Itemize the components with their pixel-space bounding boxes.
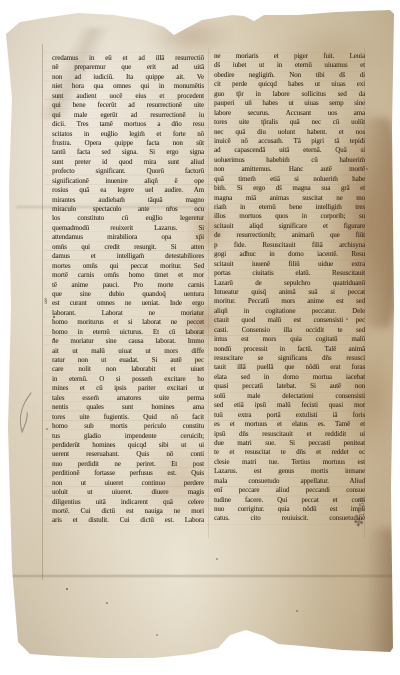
- text-line: nentis quales sunt homines ama: [52, 403, 204, 412]
- text-line: scitauit iuuenē filiū uidue extra: [214, 260, 365, 269]
- text-line: sunt preter id quod mira sunt aliud: [52, 158, 204, 167]
- text-line: mortes omn̄s qui peccat moritur. Sed: [52, 262, 204, 271]
- text-line: tales essem̄ amatores uite perma: [52, 394, 204, 403]
- text-line: casti. Consensio illa occidit te sed: [214, 326, 365, 335]
- text-line: elata sed in domo mortua iacebat: [214, 373, 365, 382]
- text-line: mirantes audiebam̄ tāquā magno: [52, 196, 204, 205]
- text-line: profecto significant. Quorū factorū: [52, 167, 204, 176]
- text-line: guo tp̄r in labore sollicitus sed da: [214, 90, 365, 99]
- text-line: damus et intelligam̄ detestabiliores: [52, 252, 204, 261]
- ruling-line-intercolumn: [208, 48, 209, 538]
- text-line: perditionē fortasse perfusus est. Quis: [52, 469, 204, 478]
- text-line: dicii. Tres tamē mortuos a dn̄o resu: [52, 120, 204, 129]
- text-line: bim̄. Si ergo ds̄ magna sua grā et: [214, 184, 365, 193]
- text-line: credamus in eū et ad illā resurrectiō: [52, 54, 204, 63]
- text-line: est curant omnes ne ueniat. Inde ergo: [52, 299, 204, 308]
- text-line: quasi peccatū latebat. Si autē non: [214, 382, 365, 391]
- text-line: qui bene fecerūt ad resurrectionē uite: [52, 101, 204, 110]
- text-line: qui male egerūt ad resurrectionē iu: [52, 111, 204, 120]
- pencil-doodle: [13, 389, 34, 439]
- text-line: aliqn̄ in cogitatione peccatur. Dele: [214, 307, 365, 316]
- pencil-inscription: 1550: [357, 483, 369, 517]
- text-line: enī peccare aliud peccandi consue: [214, 486, 365, 495]
- text-line: non amittemus. Hanc autē mortē: [214, 165, 365, 174]
- text-column-left: credamus in eū et ad illā resurrectiōnē …: [52, 54, 204, 526]
- text-line: illos mortuos quos in corporib; su: [214, 212, 365, 221]
- text-line: tē anime pauci. Pro morte carnis: [52, 281, 204, 290]
- text-line: uerent reseruabant. Quis nō conti: [52, 450, 204, 459]
- text-line: nondū processit in factū. Talē animā: [214, 345, 365, 354]
- text-line: non ut uiueret continuo perdere: [52, 479, 204, 488]
- text-line: los constituto cū euḡlio legeretur: [52, 214, 204, 223]
- text-line: p fide. Resuscitauit filiā archisyna: [214, 241, 365, 250]
- text-line: resuscitare se significans dn̄s resusci: [214, 354, 365, 363]
- text-line: quemadmodū reuixerit Lazarus. Si: [52, 224, 204, 233]
- text-line: labore securus. Accusant uos ama: [214, 109, 365, 118]
- text-column-right: ne moriaris et piger fuit. Leuiads̄ iube…: [214, 52, 365, 524]
- text-line: niet hora qua omnes qui in monumētis: [52, 82, 204, 91]
- text-line: catus. cito reuiuiscit. consuetudine: [214, 514, 365, 523]
- text-line: perdiderūt homines quicqd sibi ut ui: [52, 441, 204, 450]
- text-line: homo in eternū uicturus. Et cū laborat: [52, 328, 204, 337]
- text-line: solū male delectationi consensisti: [214, 392, 365, 401]
- text-line: riam̄ in eternū bene intelligim̄ tres: [214, 203, 365, 212]
- text-line: non ad iudiciū. Ita quippe ait. Ve: [52, 73, 204, 82]
- text-line: ctauit quod malū est consensisti pec: [214, 316, 365, 325]
- text-line: laborant. Laborat ne moriatur: [52, 309, 204, 318]
- text-line: in eternū. O si possem̄ excitare ho: [52, 375, 204, 384]
- text-line: obedire negligim̄. Non tibi ds̄ di: [214, 71, 365, 80]
- text-line: inuicē nō accusam̄. Tā pigri tā tepidi: [214, 137, 365, 146]
- text-line: intus est mors quia cogitatū malū: [214, 335, 365, 344]
- text-line: care nolit non laborabit et uiuet: [52, 365, 204, 374]
- text-line: ds̄ iubet ut in eternū uiuamus et: [214, 61, 365, 70]
- ruling-line-left-margin: [42, 44, 43, 580]
- text-line: de resurrectionib; animarū que fiūt: [214, 231, 365, 240]
- text-line: rosius quā ea legere uel audire. Am: [52, 186, 204, 195]
- fold-line-bottom: [6, 575, 394, 577]
- text-line: tudine facere. Qui peccat et conti: [214, 496, 365, 505]
- text-line: uoluerimus habebim̄ cū habuerim̄: [214, 156, 365, 165]
- text-line: Lazarū de sepulchro quatriduanū: [214, 279, 365, 288]
- text-line: gogi adhuc in domo iacentē. Resu: [214, 250, 365, 259]
- text-line: mortē carnis omn̄s homo timet et mor: [52, 271, 204, 280]
- text-line: Intueatur quisq̄ animā suā si peccat: [214, 288, 365, 297]
- text-line: uoluit ut uiueret. diuere magis: [52, 488, 204, 497]
- cross-blot-mark: ✣: [353, 515, 364, 529]
- parchment-specks: [66, 588, 68, 590]
- text-line: que sine dubio quandoq̄ uentura: [52, 290, 204, 299]
- text-line: moritur. Peccatū mors anime est sed: [214, 297, 365, 306]
- text-line: nec quā diu uolunt habent. et nos: [214, 128, 365, 137]
- text-line: nē preparemur que erit ad uitā: [52, 63, 204, 72]
- text-line: scitatos in euḡlio legim̄ et forte nō: [52, 130, 204, 139]
- text-line: te et resuscitat te dn̄s et reddet ec: [214, 448, 365, 457]
- text-line: omn̄s qui credit resurgit. Si atten: [52, 243, 204, 252]
- text-line: tus gladio impendente ceruicib;: [52, 432, 204, 441]
- text-line: tores uite tp̄ralis quā nec cū uolūt: [214, 118, 365, 127]
- text-line: attendamus mirabiliora opa xp̄i: [52, 233, 204, 242]
- text-line: mala consuetudo appellatur. Aliud: [214, 477, 365, 486]
- text-line: ratur non ut euadat. Si autē pec: [52, 356, 204, 365]
- text-line: portas ciuitatis elatū. Resuscitauit: [214, 269, 365, 278]
- text-line: cit perde quicqd habes ut uiuas exi: [214, 80, 365, 89]
- text-line: quā timem̄ etiā si noluerim̄ habe: [214, 175, 365, 184]
- text-line: pauperi un̄ habes ut uiuas semp sine: [214, 99, 365, 108]
- text-line: nuo perdidit ne periret. Et post: [52, 460, 204, 469]
- text-line: es et mortuus et elatus es. Tamē et: [214, 420, 365, 429]
- text-line: homo sub mortis periculo constitu: [52, 422, 204, 431]
- text-line: diligentius uitā indicarent quā celere: [52, 498, 204, 507]
- text-line: aris et distulit. Cui dictū est. Labora: [52, 516, 204, 525]
- text-line: ad capascendā uitā eternā. Quā si: [214, 146, 365, 155]
- text-line: ait ut malū uiuat ut mors diffe: [52, 347, 204, 356]
- manuscript-leaf: credamus in eū et ad illā resurrectiōnē …: [6, 8, 394, 658]
- text-line: Lazarus. est genus mortis inmane: [214, 467, 365, 476]
- text-line: due matri sue. Si peccasti peniteat: [214, 439, 365, 448]
- stain-bottom-right-edge: [366, 528, 400, 658]
- text-line: tauit illā puellā que nōdū erat foras: [214, 363, 365, 372]
- text-line: homo moriturus et si laborat ne peccet: [52, 318, 204, 327]
- text-line: clesie matri tue. Tertius mortuus est: [214, 458, 365, 467]
- text-line: ipsū dn̄s resuscitauit et reddidit ui: [214, 430, 365, 439]
- text-line: miraculo spectaculo ante nr̄os ocu: [52, 205, 204, 214]
- text-line: tuū extra portā extulisti iā foris: [214, 411, 365, 420]
- text-line: sed etiā ipsū malū fecisti quasi mor: [214, 401, 365, 410]
- prick-mark-lower: [53, 338, 55, 340]
- text-line: sunt audient uocē eius et procedent: [52, 92, 204, 101]
- text-line: nuo corrigitur. quia nōdū est impli: [214, 505, 365, 514]
- text-line: significationē inuenire aliqn̄ ē ope: [52, 177, 204, 186]
- text-line: mines et cū ipsis pariter excitari ut: [52, 384, 204, 393]
- prick-mark-upper: [53, 316, 55, 318]
- text-line: ne moriaris et piger fuit. Leuia: [214, 52, 365, 61]
- text-line: magna miā animas suscitat ne mo: [214, 194, 365, 203]
- text-line: tantū facta sed signa. Si ergo signa: [52, 148, 204, 157]
- pencil-doodle-stroke: [14, 389, 35, 434]
- text-line: frustra. Opera quippe facta non sūt: [52, 139, 204, 148]
- text-line: mortē. Cui dictū est nauiga ne mori: [52, 507, 204, 516]
- paragraph-mark: §: [44, 297, 48, 305]
- text-line: ne moriatur sine causa laborat. Immo: [52, 337, 204, 346]
- text-line: tores uite fugientis. Quid nō facit: [52, 413, 204, 422]
- photo-background: credamus in eū et ad illā resurrectiōnē …: [0, 0, 400, 675]
- text-line: scitauit aliqd significare et figurare: [214, 222, 365, 231]
